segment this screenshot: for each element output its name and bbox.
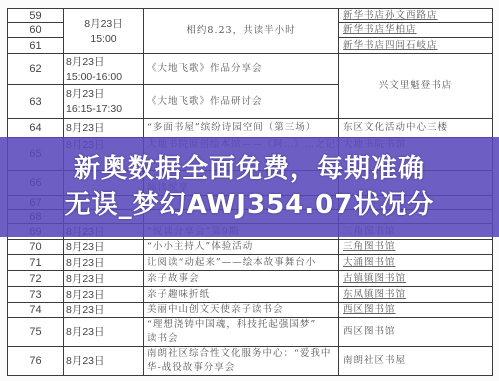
row-64-date: 8月23日: [63, 118, 144, 138]
row-61-number: 61: [7, 37, 64, 54]
row-64-venue: 东区文化活动中心三楼: [338, 118, 493, 138]
row-73-date: 8月23日: [63, 286, 144, 303]
row-71-activity: 让阅读“动起来”——绘本故事舞台小: [143, 254, 339, 271]
row-75-number: 75: [7, 317, 64, 347]
row-64-activity: “多面书屋”缤纷诗园空间（第三场）: [143, 118, 339, 138]
row-76-activity: 南朗社区综合性文化服务中心：“爱我中 华-战役故事分享会: [143, 346, 339, 376]
row-74-venue: 西区图书馆: [338, 302, 493, 318]
row-62-63-venue: 兴文里魁登书店: [338, 53, 493, 119]
row-73-activity: 亲子趣味折纸: [143, 286, 339, 303]
row-64-number: 64: [7, 118, 64, 138]
row-60-venue: 新华书店华柏店: [338, 22, 493, 38]
row-76-venue: 南朗社区书屋: [338, 346, 493, 376]
row-76-date: 8月23日: [63, 346, 144, 376]
row-59-venue: 新华书店孙文西路店: [338, 8, 493, 23]
row-62-number: 62: [7, 53, 64, 85]
row-71-venue: 大涌图书馆: [338, 254, 493, 271]
row-70-date: 8月23日: [63, 239, 144, 255]
row-75-venue: 西区图书馆: [338, 317, 493, 347]
row-72-number: 72: [7, 270, 64, 287]
row-62-date: 8月23日 15:00-16:00: [63, 53, 144, 85]
row-70-venue: 三角图书馆: [338, 239, 493, 255]
headline-line-2: 无误_梦幻AWJ354.07状况分: [65, 187, 435, 223]
row-73-number: 73: [7, 286, 64, 303]
row-62-activity: 《大地飞歌》作品分享会: [143, 53, 339, 85]
row-70-activity: “小小主持人”体验活动: [143, 239, 339, 255]
row-59-number: 59: [7, 8, 64, 23]
row-63-activity: 《大地飞歌》作品研讨会: [143, 84, 339, 119]
row-61-venue: 新华书店四闾石岐店: [338, 37, 493, 54]
row-59-61-date: 8月23日 15:00: [63, 8, 144, 54]
row-74-activity: 美丽中山创文天使亲子读书会: [143, 302, 339, 318]
row-63-date: 8月23日 16:15-17:30: [63, 84, 144, 119]
row-74-number: 74: [7, 302, 64, 318]
row-70-number: 70: [7, 239, 64, 255]
row-72-venue: 古镇镇图书馆: [338, 270, 493, 287]
row-60-number: 60: [7, 22, 64, 38]
row-72-activity: 亲子故事会: [143, 270, 339, 287]
row-71-date: 8月23日: [63, 254, 144, 271]
headline-text: 新奥数据全面免费，每期准确 无误_梦幻AWJ354.07状况分: [0, 137, 499, 237]
row-71-number: 71: [7, 254, 64, 271]
row-75-date: 8月23日: [63, 317, 144, 347]
row-59-61-activity: 相约8.23，共读半小时: [143, 8, 339, 54]
row-76-number: 76: [7, 346, 64, 376]
row-75-activity: “理想浇铸中国魂，科技托起强国梦” 读书会: [143, 317, 339, 347]
row-63-number: 63: [7, 84, 64, 119]
headline-line-1: 新奥数据全面免费，每期准确: [74, 151, 425, 187]
row-73-venue: 东凤镇图书馆: [338, 286, 493, 303]
row-74-date: 8月23日: [63, 302, 144, 318]
row-72-date: 8月23日: [63, 270, 144, 287]
